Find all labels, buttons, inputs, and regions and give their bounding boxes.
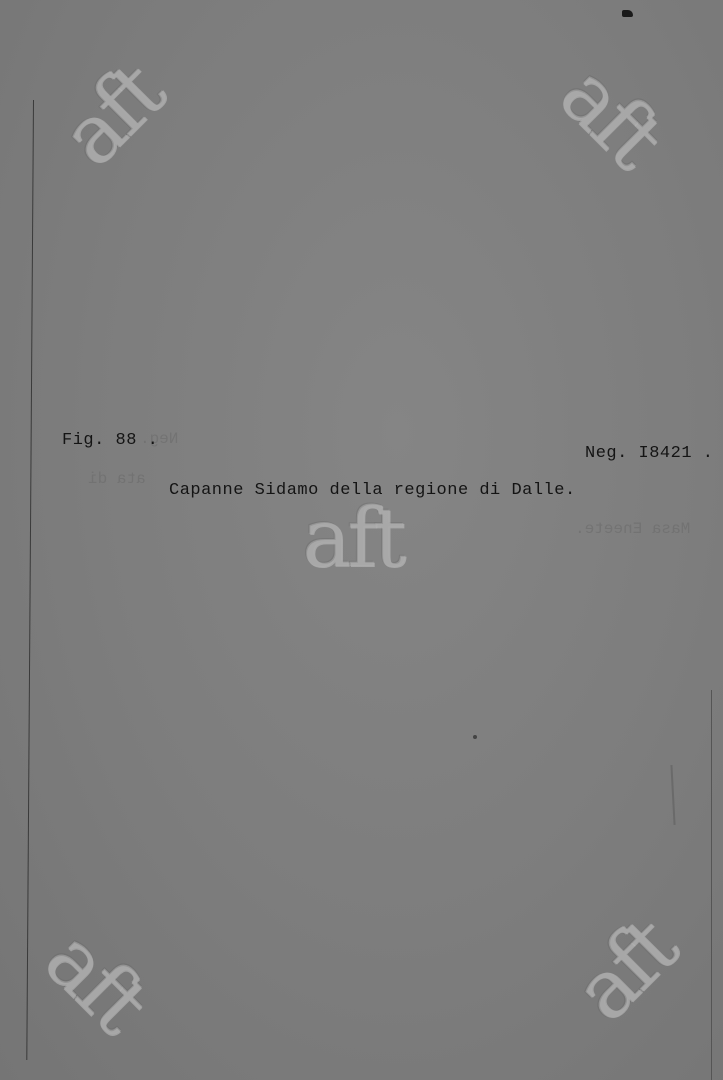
bleed-through-text: ata di: [88, 470, 146, 488]
watermark: aft: [561, 907, 690, 1036]
watermark: aft: [31, 917, 160, 1046]
page-edge-left: [26, 100, 34, 1060]
watermark: aft: [48, 52, 177, 181]
ink-mark: [622, 10, 633, 17]
bleed-through-text: Masa Eneete.: [575, 520, 690, 538]
watermark: aft: [546, 52, 675, 181]
speck: [473, 735, 477, 739]
scratch-mark: [670, 765, 675, 825]
negative-number: Neg. I8421 .: [585, 444, 713, 463]
page-edge-right: [711, 690, 712, 1080]
figure-number: Fig. 88 .: [62, 431, 158, 450]
scanned-page: Neg. ata di Masa Eneete. Fig. 88 . Neg. …: [0, 0, 723, 1080]
watermark: aft: [302, 498, 402, 580]
